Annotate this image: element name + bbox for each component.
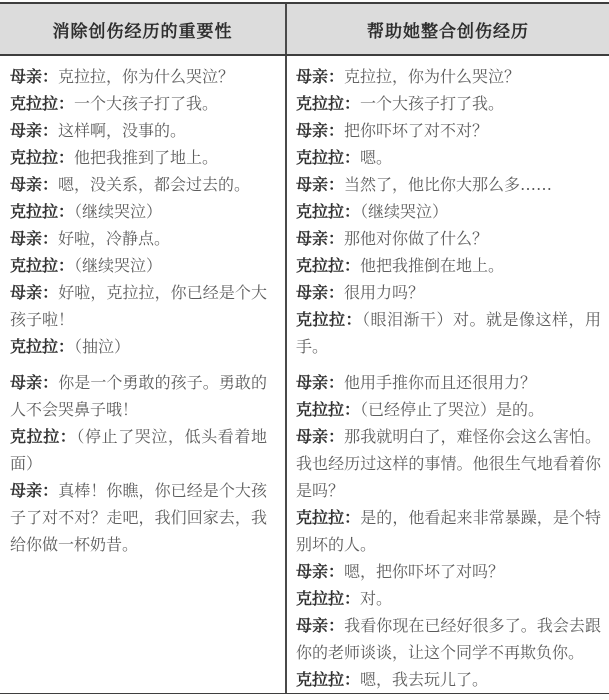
dialogue-text: 一个大孩子打了我。 bbox=[360, 94, 504, 113]
dialogue-text: 很用力吗？ bbox=[344, 283, 424, 302]
dialogue-text: 一个大孩子打了我。 bbox=[74, 94, 218, 113]
dialogue-text: 对。 bbox=[360, 589, 392, 608]
dialogue-text: 嗯。 bbox=[360, 148, 392, 167]
dialogue-group: 母亲：你是一个勇敢的孩子。勇敢的人不会哭鼻子哦！克拉拉：（停止了哭泣，低头看着地… bbox=[10, 369, 267, 558]
speaker-name: 克拉拉： bbox=[296, 589, 360, 608]
speaker-name: 克拉拉： bbox=[296, 94, 360, 113]
dialogue-turn: 母亲：嗯，没关系，都会过去的。 bbox=[10, 171, 267, 198]
dialogue-text: （继续哭泣） bbox=[74, 256, 162, 275]
dialogue-turn: 母亲：他用手推你而且还很用力？ bbox=[296, 369, 601, 396]
dialogue-text: 克拉拉，你为什么哭泣？ bbox=[58, 67, 234, 86]
speaker-name: 母亲： bbox=[10, 175, 58, 194]
speaker-name: 母亲： bbox=[10, 283, 58, 302]
speaker-name: 母亲： bbox=[10, 481, 58, 500]
table-header-row: 消除创伤经历的重要性 帮助她整合创伤经历 bbox=[0, 4, 609, 56]
dialogue-text: 那他对你做了什么？ bbox=[344, 229, 488, 248]
dialogue-text: 好啦，冷静点。 bbox=[58, 229, 170, 248]
table-column-left: 母亲：克拉拉，你为什么哭泣？克拉拉：一个大孩子打了我。母亲：这样啊，没事的。克拉… bbox=[0, 56, 287, 693]
dialogue-turn: 克拉拉：是的，他看起来非常暴躁，是个特别坏的人。 bbox=[296, 504, 601, 558]
dialogue-turn: 母亲：克拉拉，你为什么哭泣？ bbox=[296, 63, 601, 90]
table-body-row: 母亲：克拉拉，你为什么哭泣？克拉拉：一个大孩子打了我。母亲：这样啊，没事的。克拉… bbox=[0, 56, 609, 693]
dialogue-turn: 克拉拉：一个大孩子打了我。 bbox=[10, 90, 267, 117]
speaker-name: 克拉拉： bbox=[10, 337, 74, 356]
book-page: 消除创伤经历的重要性 帮助她整合创伤经历 母亲：克拉拉，你为什么哭泣？克拉拉：一… bbox=[0, 0, 609, 700]
dialogue-text: 他用手推你而且还很用力？ bbox=[344, 373, 536, 392]
dialogue-turn: 母亲：嗯，把你吓坏了对吗？ bbox=[296, 558, 601, 585]
speaker-name: 母亲： bbox=[296, 562, 344, 581]
speaker-name: 克拉拉： bbox=[10, 94, 74, 113]
dialogue-turn: 克拉拉：他把我推倒在地上。 bbox=[296, 252, 601, 279]
speaker-name: 克拉拉： bbox=[296, 508, 360, 527]
dialogue-turn: 克拉拉：（继续哭泣） bbox=[296, 198, 601, 225]
dialogue-turn: 克拉拉：（停止了哭泣，低头看着地面） bbox=[10, 423, 267, 477]
dialogue-text: 他把我推到了地上。 bbox=[74, 148, 218, 167]
dialogue-text: 把你吓坏了对不对？ bbox=[344, 121, 488, 140]
speaker-name: 母亲： bbox=[296, 427, 344, 446]
speaker-name: 克拉拉： bbox=[10, 202, 74, 221]
speaker-name: 母亲： bbox=[296, 616, 344, 635]
dialogue-turn: 克拉拉：（眼泪渐干）对。就是像这样，用手。 bbox=[296, 306, 601, 360]
dialogue-text: 当然了，他比你大那么多…… bbox=[344, 175, 552, 194]
speaker-name: 母亲： bbox=[10, 67, 58, 86]
dialogue-text: （抽泣） bbox=[74, 337, 130, 356]
table-header-left: 消除创伤经历的重要性 bbox=[0, 4, 287, 54]
dialogue-turn: 克拉拉：他把我推到了地上。 bbox=[10, 144, 267, 171]
speaker-name: 克拉拉： bbox=[10, 256, 74, 275]
dialogue-turn: 母亲：克拉拉，你为什么哭泣？ bbox=[10, 63, 267, 90]
dialogue-turn: 克拉拉：嗯。 bbox=[296, 144, 601, 171]
speaker-name: 克拉拉： bbox=[10, 427, 76, 446]
dialogue-text: 他把我推倒在地上。 bbox=[360, 256, 504, 275]
speaker-name: 母亲： bbox=[296, 175, 344, 194]
table-header-right: 帮助她整合创伤经历 bbox=[287, 4, 609, 54]
dialogue-turn: 母亲：很用力吗？ bbox=[296, 279, 601, 306]
speaker-name: 克拉拉： bbox=[10, 148, 74, 167]
dialogue-group: 母亲：他用手推你而且还很用力？克拉拉：（已经停止了哭泣）是的。母亲：那我就明白了… bbox=[296, 369, 601, 693]
dialogue-text: 这样啊，没事的。 bbox=[58, 121, 186, 140]
dialogue-turn: 母亲：真棒！你瞧，你已经是个大孩子了对不对？走吧，我们回家去，我给你做一杯奶昔。 bbox=[10, 477, 267, 558]
speaker-name: 克拉拉： bbox=[296, 670, 360, 689]
speaker-name: 母亲： bbox=[10, 373, 58, 392]
dialogue-text: 克拉拉，你为什么哭泣？ bbox=[344, 67, 520, 86]
dialogue-text: （继续哭泣） bbox=[360, 202, 448, 221]
dialogue-text: 嗯，没关系，都会过去的。 bbox=[58, 175, 250, 194]
dialogue-turn: 母亲：你是一个勇敢的孩子。勇敢的人不会哭鼻子哦！ bbox=[10, 369, 267, 423]
dialogue-turn: 母亲：这样啊，没事的。 bbox=[10, 117, 267, 144]
speaker-name: 克拉拉： bbox=[296, 400, 360, 419]
dialogue-turn: 母亲：当然了，他比你大那么多…… bbox=[296, 171, 601, 198]
speaker-name: 母亲： bbox=[10, 121, 58, 140]
speaker-name: 克拉拉： bbox=[296, 148, 360, 167]
dialogue-comparison-table: 消除创伤经历的重要性 帮助她整合创伤经历 母亲：克拉拉，你为什么哭泣？克拉拉：一… bbox=[0, 2, 609, 694]
dialogue-turn: 克拉拉：（已经停止了哭泣）是的。 bbox=[296, 396, 601, 423]
dialogue-turn: 克拉拉：（继续哭泣） bbox=[10, 252, 267, 279]
dialogue-turn: 母亲：那我就明白了，难怪你会这么害怕。我也经历过这样的事情。他很生气地看着你是吗… bbox=[296, 423, 601, 504]
dialogue-turn: 克拉拉：（抽泣） bbox=[10, 333, 267, 360]
dialogue-text: （继续哭泣） bbox=[74, 202, 162, 221]
dialogue-group: 母亲：克拉拉，你为什么哭泣？克拉拉：一个大孩子打了我。母亲：这样啊，没事的。克拉… bbox=[10, 63, 267, 360]
speaker-name: 克拉拉： bbox=[296, 202, 360, 221]
dialogue-turn: 母亲：那他对你做了什么？ bbox=[296, 225, 601, 252]
dialogue-turn: 母亲：好啦，克拉拉，你已经是个大孩子啦！ bbox=[10, 279, 267, 333]
speaker-name: 母亲： bbox=[296, 121, 344, 140]
dialogue-turn: 克拉拉：（继续哭泣） bbox=[10, 198, 267, 225]
dialogue-text: 嗯，我去玩儿了。 bbox=[360, 670, 488, 689]
dialogue-turn: 母亲：好啦，冷静点。 bbox=[10, 225, 267, 252]
dialogue-text: 嗯，把你吓坏了对吗？ bbox=[344, 562, 504, 581]
dialogue-turn: 克拉拉：嗯，我去玩儿了。 bbox=[296, 666, 601, 693]
table-column-right: 母亲：克拉拉，你为什么哭泣？克拉拉：一个大孩子打了我。母亲：把你吓坏了对不对？克… bbox=[287, 56, 609, 693]
dialogue-turn: 母亲：我看你现在已经好很多了。我会去跟你的老师谈谈，让这个同学不再欺负你。 bbox=[296, 612, 601, 666]
dialogue-group: 母亲：克拉拉，你为什么哭泣？克拉拉：一个大孩子打了我。母亲：把你吓坏了对不对？克… bbox=[296, 63, 601, 360]
speaker-name: 克拉拉： bbox=[296, 256, 360, 275]
dialogue-turn: 克拉拉：一个大孩子打了我。 bbox=[296, 90, 601, 117]
speaker-name: 母亲： bbox=[10, 229, 58, 248]
speaker-name: 母亲： bbox=[296, 283, 344, 302]
dialogue-turn: 克拉拉：对。 bbox=[296, 585, 601, 612]
speaker-name: 母亲： bbox=[296, 373, 344, 392]
dialogue-turn: 母亲：把你吓坏了对不对？ bbox=[296, 117, 601, 144]
speaker-name: 母亲： bbox=[296, 229, 344, 248]
speaker-name: 克拉拉： bbox=[296, 310, 362, 329]
speaker-name: 母亲： bbox=[296, 67, 344, 86]
dialogue-text: （已经停止了哭泣）是的。 bbox=[360, 400, 544, 419]
